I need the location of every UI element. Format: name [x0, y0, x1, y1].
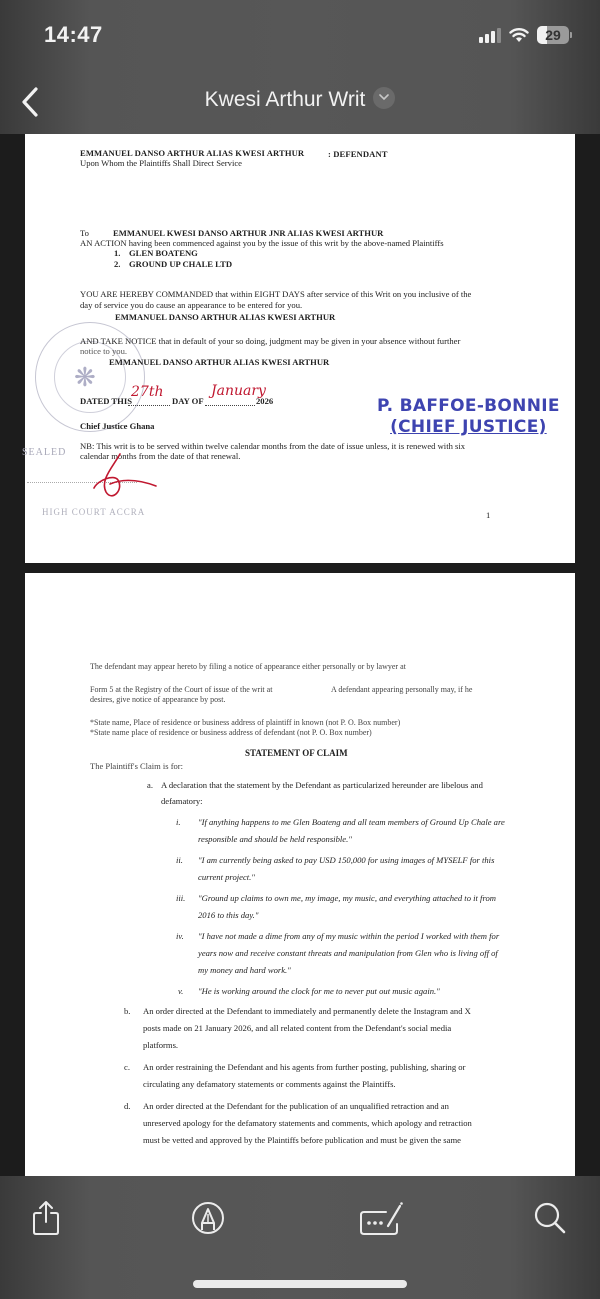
wifi-icon	[509, 27, 529, 43]
markup-button[interactable]	[188, 1198, 228, 1238]
claim-intro: The Plaintiff's Claim is for:	[90, 761, 183, 772]
sub-i-line: "If anything happens to me Glen Boateng …	[198, 817, 505, 828]
claim-b-line: posts made on 21 January 2026, and all r…	[143, 1023, 451, 1034]
plaintiff-1-name: GLEN BOATENG	[129, 248, 198, 259]
claim-d-line: must be vetted and approved by the Plain…	[143, 1135, 461, 1146]
dated-year: 2026	[256, 396, 273, 407]
status-time: 14:47	[44, 22, 103, 48]
command-name: EMMANUEL DANSO ARTHUR ALIAS KWESI ARTHUR	[115, 312, 335, 323]
sub-iii-line: 2016 to this day."	[198, 910, 258, 921]
court-label: HIGH COURT ACCRA	[42, 507, 145, 517]
sub-iii-line: "Ground up claims to own me, my image, m…	[198, 893, 496, 904]
battery-icon: 29	[537, 26, 572, 44]
defendant-role: : DEFENDANT	[328, 149, 388, 160]
notice-line-2: notice to you.	[80, 346, 127, 357]
signature-icon	[358, 1200, 404, 1236]
chief-justice-label: Chief Justice Ghana	[80, 421, 154, 432]
top-bar: 14:47 29 Kwesi Arthur Writ	[0, 0, 600, 134]
sub-iv-line: my money and hard work."	[198, 965, 291, 976]
chevron-down-icon	[379, 94, 389, 101]
pdf-viewer[interactable]: EMMANUEL DANSO ARTHUR ALIAS KWESI ARTHUR…	[0, 134, 600, 1176]
sub-iv-marker: iv.	[176, 931, 184, 942]
title-menu-button[interactable]	[373, 87, 395, 109]
sub-v-line: "He is working around the clock for me t…	[198, 986, 440, 997]
sub-i-line: responsible and should be held responsib…	[198, 834, 352, 845]
notice-name: EMMANUEL DANSO ARTHUR ALIAS KWESI ARTHUR	[109, 357, 329, 368]
command-line-2: day of service you do cause an appearanc…	[80, 300, 302, 311]
form-line-1b: A defendant appearing personally may, if…	[331, 684, 472, 695]
dated-label: DATED THIS	[80, 396, 132, 407]
search-icon	[533, 1201, 567, 1235]
notice-line-1: AND TAKE NOTICE that in default of your …	[80, 336, 460, 347]
stamp-line-1: P. BAFFOE-BONNIE	[377, 396, 560, 417]
share-button[interactable]	[26, 1198, 66, 1238]
home-indicator[interactable]	[193, 1280, 407, 1288]
sub-ii-line: "I am currently being asked to pay USD 1…	[198, 855, 494, 866]
sub-ii-line: current project."	[198, 872, 255, 883]
page-number: 1	[486, 510, 490, 521]
claim-a-line: A declaration that the statement by the …	[161, 780, 483, 791]
battery-level: 29	[545, 27, 561, 43]
claim-c-marker: c.	[124, 1062, 130, 1073]
dated-month-line	[205, 405, 255, 406]
markup-pen-icon	[191, 1201, 225, 1235]
claim-c-line: circulating any defamatory statements or…	[143, 1079, 396, 1090]
chief-justice-stamp: P. BAFFOE-BONNIE (CHIEF JUSTICE)	[377, 396, 560, 438]
pdf-page-2: The defendant may appear hereto by filin…	[25, 573, 575, 1176]
day-of-label: DAY OF	[172, 396, 204, 407]
service-line: Upon Whom the Plaintiffs Shall Direct Se…	[80, 158, 242, 169]
pdf-page-1: EMMANUEL DANSO ARTHUR ALIAS KWESI ARTHUR…	[25, 134, 575, 563]
claim-b-marker: b.	[124, 1006, 130, 1017]
form-line-2: desires, give notice of appearance by po…	[90, 694, 226, 705]
claim-c-line: An order restraining the Defendant and h…	[143, 1062, 465, 1073]
dated-day-handwritten: 27th	[131, 384, 163, 400]
sub-iv-line: years now and receive constant threats a…	[198, 948, 498, 959]
claim-d-line: An order directed at the Defendant for t…	[143, 1101, 449, 1112]
plaintiff-1-num: 1.	[114, 248, 120, 259]
sub-iii-marker: iii.	[176, 893, 185, 904]
fill-and-sign-button[interactable]	[356, 1198, 406, 1238]
bottom-toolbar	[0, 1176, 600, 1299]
coat-of-arms-icon: ❋	[74, 363, 96, 393]
claim-a-line: defamatory:	[161, 796, 203, 807]
sub-i-marker: i.	[176, 817, 181, 828]
plaintiff-2-name: GROUND UP CHALE LTD	[129, 259, 232, 270]
stamp-line-2: (CHIEF JUSTICE)	[377, 417, 560, 438]
claim-a-marker: a.	[147, 780, 153, 791]
claim-d-line: unreserved apology for the defamatory st…	[143, 1118, 472, 1129]
document-title-text: Kwesi Arthur Writ	[205, 88, 366, 111]
status-icons: 29	[479, 26, 572, 44]
dated-day-line	[128, 405, 170, 406]
plaintiff-2-num: 2.	[114, 259, 120, 270]
sub-v-marker: v.	[178, 986, 183, 997]
sub-ii-marker: ii.	[176, 855, 183, 866]
claim-d-marker: d.	[124, 1101, 130, 1112]
appear-line: The defendant may appear hereto by filin…	[90, 661, 406, 672]
share-icon	[31, 1200, 61, 1236]
claim-b-line: platforms.	[143, 1040, 178, 1051]
statement-heading: STATEMENT OF CLAIM	[245, 748, 348, 759]
cellular-signal-icon	[479, 27, 501, 43]
command-line-1: YOU ARE HEREBY COMMANDED that within EIG…	[80, 289, 471, 300]
handwritten-signature	[90, 450, 160, 502]
sub-iv-line: "I have not made a dime from any of my m…	[198, 931, 499, 942]
search-button[interactable]	[530, 1198, 570, 1238]
sealed-label: SEALED	[22, 447, 66, 458]
document-title[interactable]: Kwesi Arthur Writ	[0, 88, 600, 112]
claim-b-line: An order directed at the Defendant to im…	[143, 1006, 471, 1017]
state-line-2: *State name place of residence or busine…	[90, 727, 372, 738]
